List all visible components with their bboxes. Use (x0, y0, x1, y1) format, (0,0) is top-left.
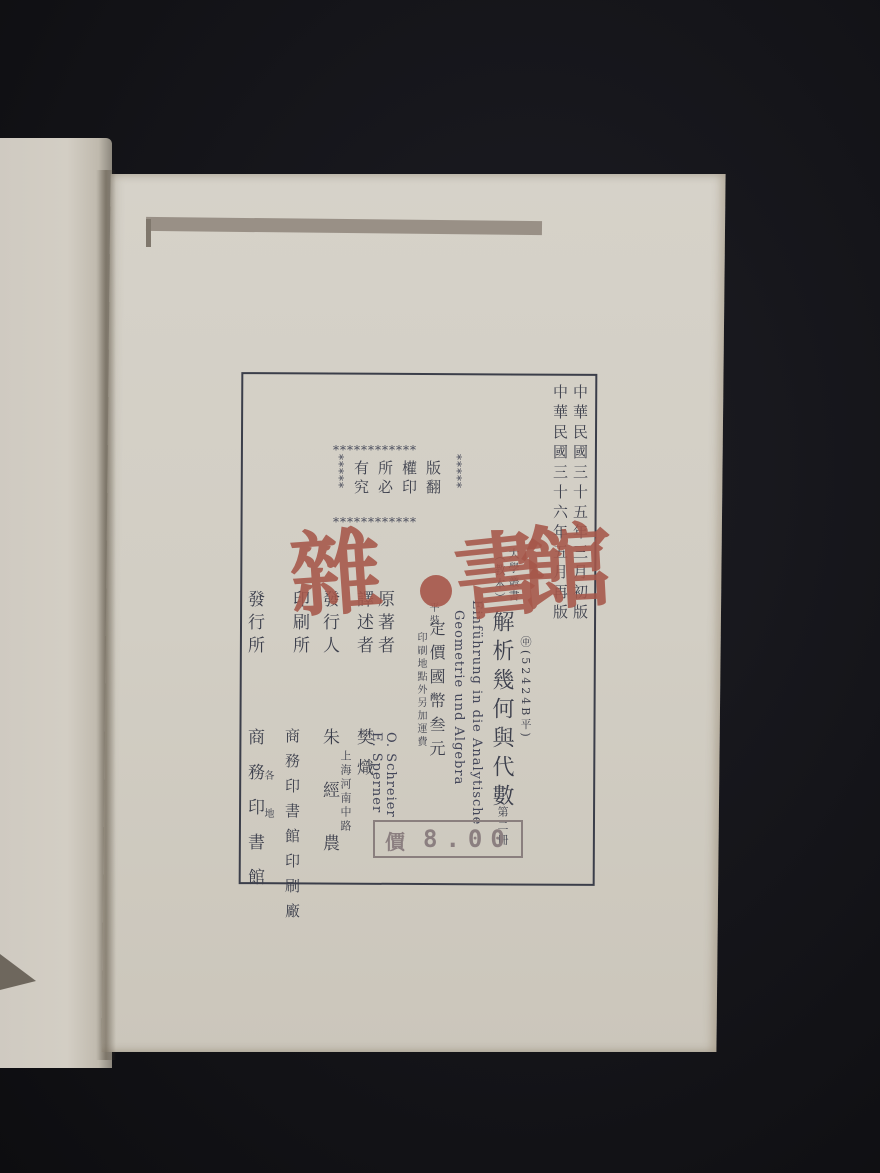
original-title-line-2: Geometrie und Algebra (452, 610, 465, 785)
copyright-col-1: 版翻 (425, 460, 440, 498)
copyright-col-4: 有究 (353, 460, 368, 498)
translator-name: 樊 熾 (354, 728, 371, 779)
star-border-right: ***** (451, 454, 463, 489)
price-stamp-value: 8.00 (423, 825, 513, 853)
book-spine-shadow (96, 170, 116, 1060)
watermark-char-right: 館 (518, 520, 615, 617)
book-title: 解析幾何與代數 (490, 610, 512, 813)
original-author-1: O. Schreier (384, 732, 397, 818)
copyright-col-2: 權印 (401, 460, 416, 498)
shipping-note: 印刷地點外另加運費 (415, 632, 425, 749)
distributor-name: 商務印書館 (245, 728, 262, 903)
price-stamp-prefix: 價 (385, 826, 405, 855)
copyright-col-3: 所必 (377, 460, 392, 498)
star-border-left: ***** (333, 454, 345, 489)
price-stamp: 價 8.00 (373, 820, 523, 858)
distributor-label: 發行所 (245, 590, 262, 659)
watermark-char-left: 雜 (287, 525, 385, 623)
publisher-person-name: 朱經農 (320, 728, 337, 887)
watermark-dot (420, 575, 452, 607)
tape-residue-corner (146, 219, 151, 247)
publisher-address: 上海河南中路 (340, 750, 351, 834)
original-title-line-1: Einführung in die Analytische (470, 600, 483, 825)
copyright-notice-box: ************ ************ ***** ***** 版翻… (333, 444, 465, 528)
printer-name: 商務印書館印刷廠 (284, 728, 299, 928)
distributor-note: 各地 (262, 770, 272, 846)
price-text: 定價國幣叁元 (428, 620, 444, 764)
catalog-code: ㊥(52424B平) (520, 636, 531, 740)
